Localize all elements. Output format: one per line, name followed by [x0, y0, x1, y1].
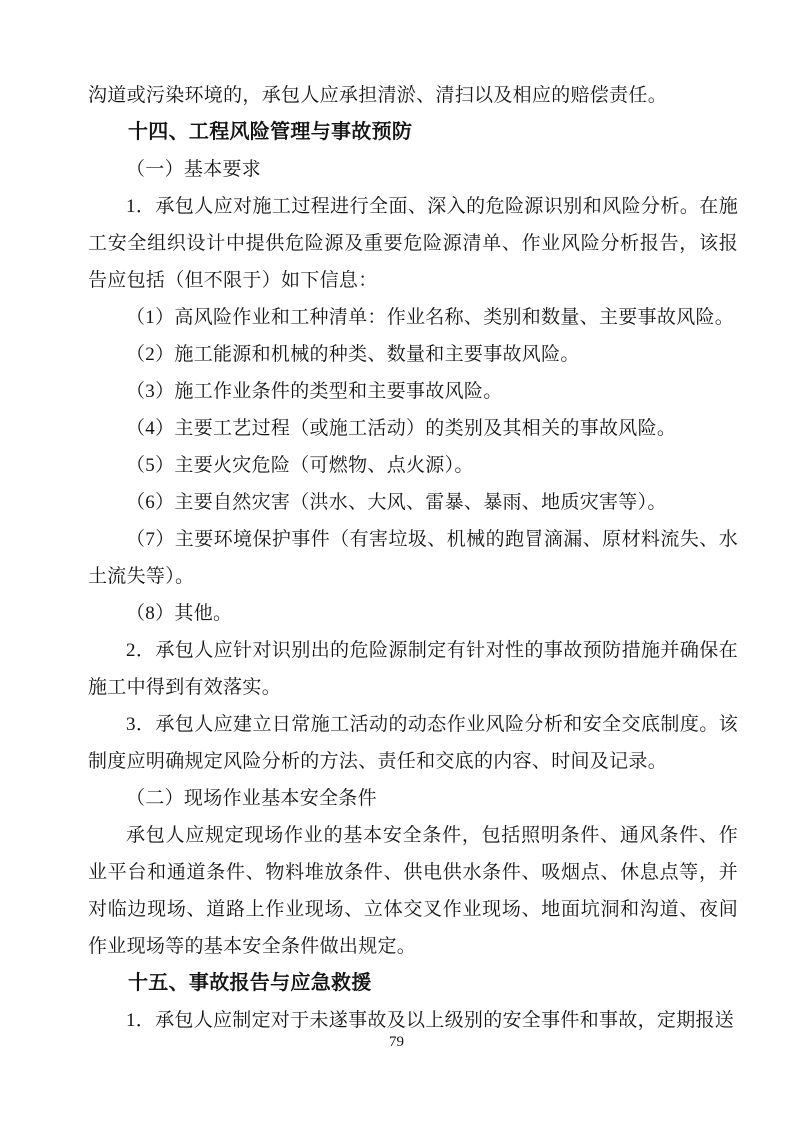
subsection-heading-site-safety: （二）现场作业基本安全条件	[88, 780, 738, 817]
list-item-4: （4）主要工艺过程（或施工活动）的类别及其相关的事故风险。	[88, 410, 738, 447]
list-item-5: （5）主要火灾危险（可燃物、点火源）。	[88, 447, 738, 484]
list-item-6: （6）主要自然灾害（洪水、大风、雷暴、暴雨、地质灾害等）。	[88, 484, 738, 521]
paragraph-continuation: 沟道或污染环境的，承包人应承担清淤、清扫以及相应的赔偿责任。	[88, 77, 738, 114]
list-item-2: （2）施工能源和机械的种类、数量和主要事故风险。	[88, 336, 738, 373]
paragraph-site-safety: 承包人应规定现场作业的基本安全条件，包括照明条件、通风条件、作业平台和通道条件、…	[88, 817, 738, 965]
section-heading-14: 十四、工程风险管理与事故预防	[88, 114, 738, 151]
paragraph-item-3: 3．承包人应建立日常施工活动的动态作业风险分析和安全交底制度。该制度应明确规定风…	[88, 706, 738, 780]
list-item-1: （1）高风险作业和工种清单：作业名称、类别和数量、主要事故风险。	[88, 299, 738, 336]
list-item-3: （3）施工作业条件的类型和主要事故风险。	[88, 373, 738, 410]
document-body: 沟道或污染环境的，承包人应承担清淤、清扫以及相应的赔偿责任。 十四、工程风险管理…	[88, 77, 738, 1039]
list-item-8: （8）其他。	[88, 595, 738, 632]
paragraph-item-2: 2．承包人应针对识别出的危险源制定有针对性的事故预防措施并确保在施工中得到有效落…	[88, 632, 738, 706]
document-page: 沟道或污染环境的，承包人应承担清淤、清扫以及相应的赔偿责任。 十四、工程风险管理…	[0, 0, 793, 1122]
paragraph-item-1: 1．承包人应对施工过程进行全面、深入的危险源识别和风险分析。在施工安全组织设计中…	[88, 188, 738, 299]
page-number: 79	[0, 1033, 793, 1051]
subsection-heading-basic-requirements: （一）基本要求	[88, 151, 738, 188]
section-heading-15: 十五、事故报告与应急救援	[88, 965, 738, 1002]
list-item-7: （7）主要环境保护事件（有害垃圾、机械的跑冒滴漏、原材料流失、水土流失等）。	[88, 521, 738, 595]
